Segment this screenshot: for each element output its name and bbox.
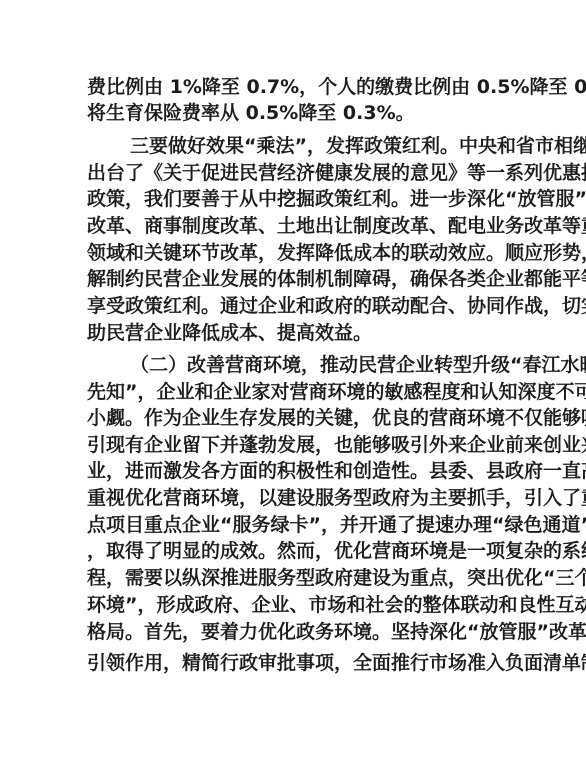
text-line: 费比例由 1%降至 0.7%，个人的缴费比例由 0.5%降至 0.3%， bbox=[87, 74, 500, 100]
text-line: 引领作用，精简行政审批事项，全面推行市场准入负面清单制 bbox=[87, 650, 500, 676]
text-line: 引现有企业留下并蓬勃发展，也能够吸引外来企业前来创业兴 bbox=[87, 432, 500, 458]
text-line: 解制约民营企业发展的体制机制障碍，确保各类企业都能平等 bbox=[87, 266, 500, 292]
paragraph-first-line: 三要做好效果“乘法”，发挥政策红利。中央和省市相继 bbox=[130, 133, 500, 159]
text-line: 点项目重点企业“服务绿卡”，并开通了提速办理“绿色通道” bbox=[87, 512, 500, 538]
paragraph-first-line: （二）改善营商环境，推动民营企业转型升级“春江水暖鸭 bbox=[130, 352, 500, 378]
text-line: 重视优化营商环境，以建设服务型政府为主要抓手，引入了重 bbox=[87, 485, 500, 511]
text-line: 改革、商事制度改革、土地出让制度改革、配电业务改革等重点 bbox=[87, 213, 500, 239]
text-line: 业，进而激发各方面的积极性和创造性。县委、县政府一直高度 bbox=[87, 458, 500, 484]
text-line: 先知”，企业和企业家对营商环境的敏感程度和认知深度不可 bbox=[87, 379, 500, 405]
text-line: 程，需要以纵深推进服务型政府建设为重点，突出优化“三个 bbox=[87, 565, 500, 591]
text-line: 领域和关键环节改革，发挥降低成本的联动效应。顺应形势，破 bbox=[87, 240, 500, 266]
text-line: 格局。首先，要着力优化政务环境。坚持深化“放管服”改革的 bbox=[87, 619, 500, 645]
document-page: 费比例由 1%降至 0.7%，个人的缴费比例由 0.5%降至 0.3%， 将生育… bbox=[0, 0, 586, 759]
text-line: 助民营企业降低成本、提高效益。 bbox=[87, 320, 500, 346]
text-line: 小觑。作为企业生存发展的关键，优良的营商环境不仅能够吸 bbox=[87, 405, 500, 431]
text-line: ，取得了明显的成效。然而，优化营商环境是一项复杂的系统工 bbox=[87, 538, 500, 564]
text-line: 将生育保险费率从 0.5%降至 0.3%。 bbox=[87, 100, 500, 126]
text-line: 出台了《关于促进民营经济健康发展的意见》等一系列优惠扶持 bbox=[87, 160, 500, 186]
text-line: 政策，我们要善于从中挖掘政策红利。进一步深化“放管服” bbox=[87, 186, 500, 212]
text-line: 享受政策红利。通过企业和政府的联动配合、协同作战，切实帮 bbox=[87, 293, 500, 319]
text-line: 环境”，形成政府、企业、市场和社会的整体联动和良性互动新 bbox=[87, 592, 500, 618]
